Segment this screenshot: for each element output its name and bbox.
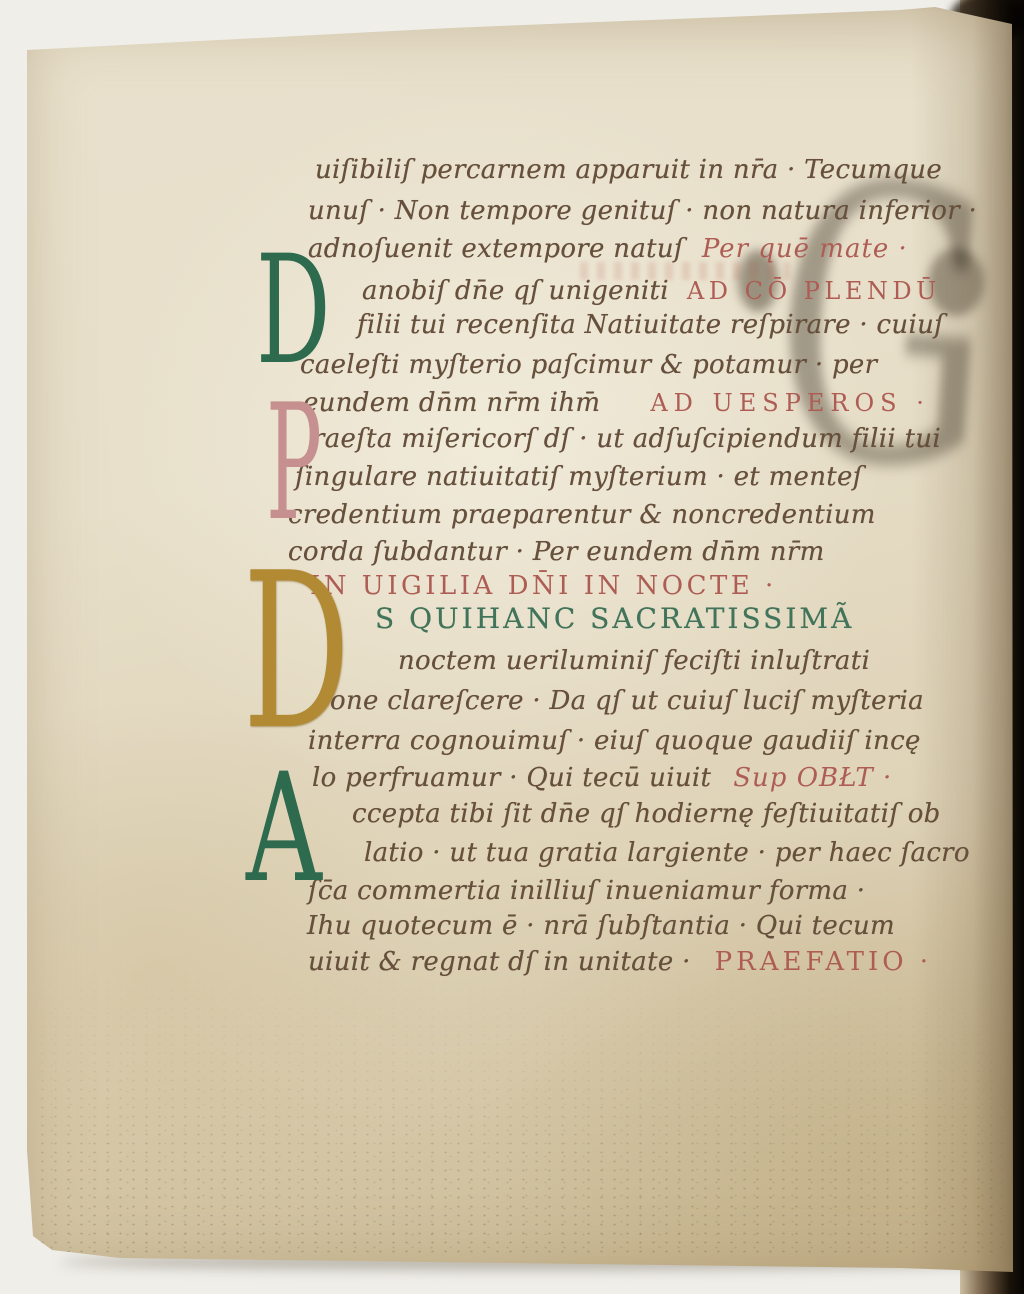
- parchment-page: G uiſibiliſ percarnem apparuit in nr̄a ·…: [0, 0, 1024, 1294]
- manuscript-photo: G uiſibiliſ percarnem apparuit in nr̄a ·…: [0, 0, 1024, 1294]
- edge-vignette: [0, 0, 1024, 1294]
